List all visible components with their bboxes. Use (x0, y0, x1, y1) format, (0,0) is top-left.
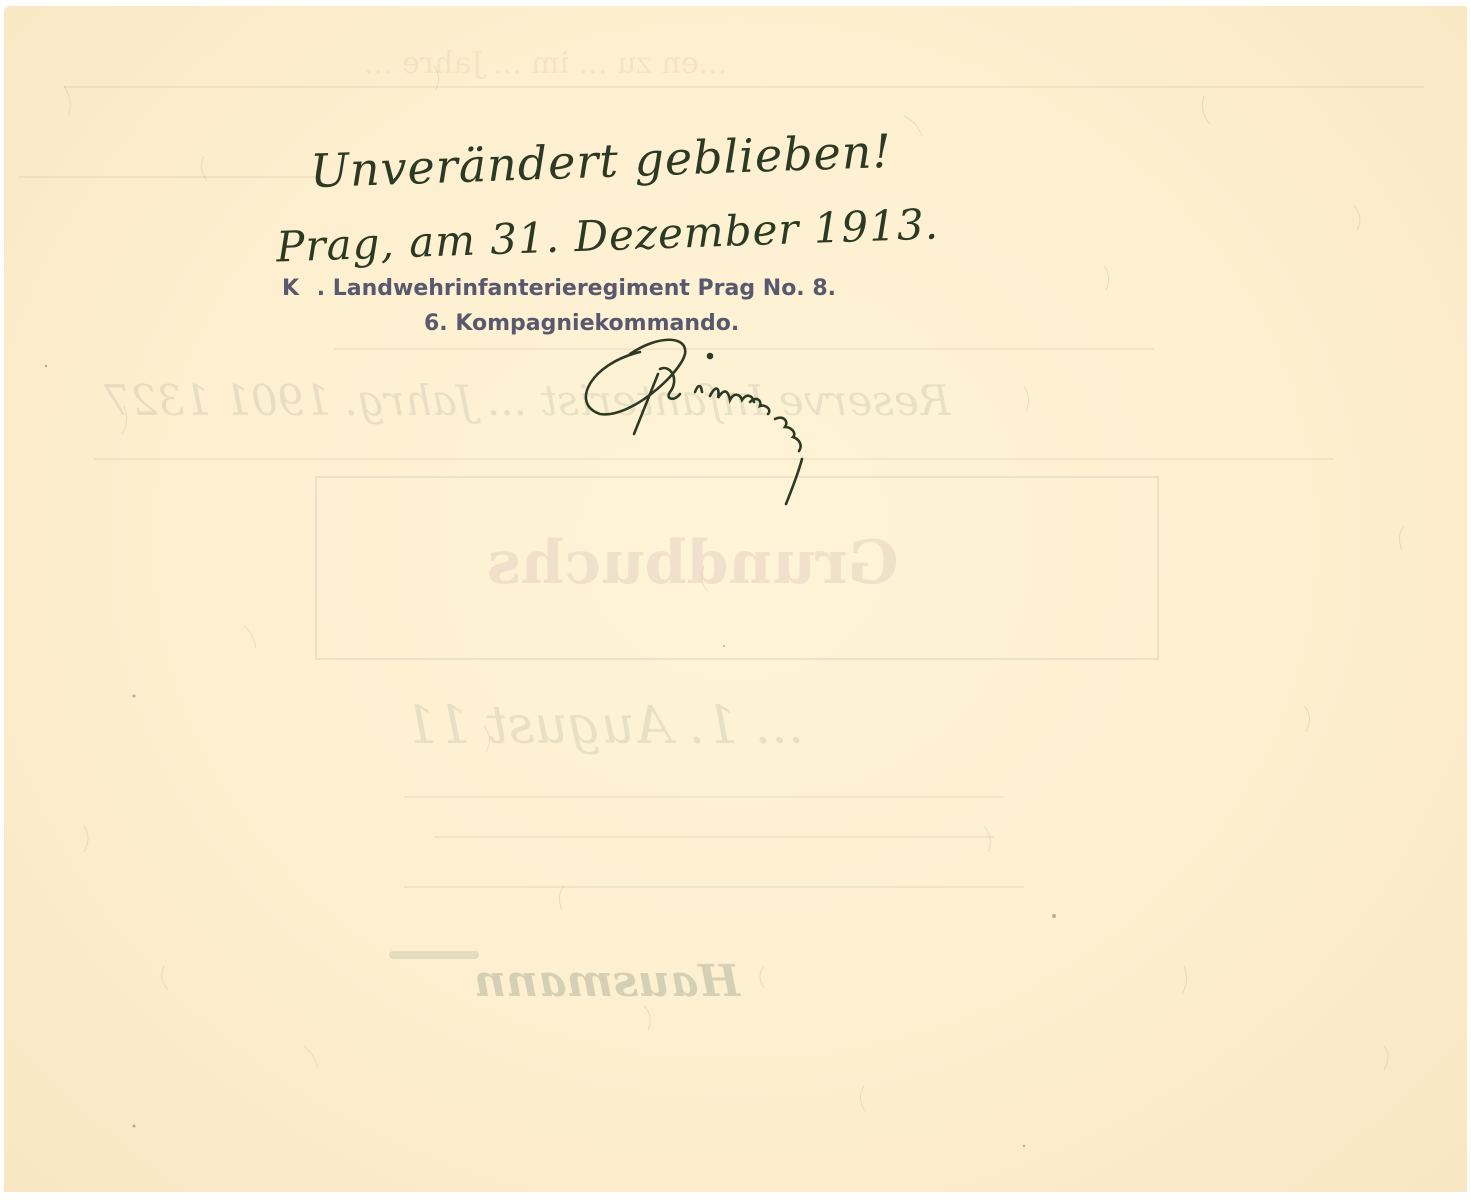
bleed-through-signature: Hausmann (474, 956, 740, 1007)
bleed-through-date-line: ... 1. August 11 (404, 696, 804, 756)
bleed-through-rule-top (64, 86, 1424, 88)
bleed-through-rule-7 (404, 886, 1024, 888)
stamp-regiment-text: . Landwehrinfanterieregiment Prag No. 8. (317, 276, 836, 301)
stamp-letter-k: K (282, 276, 299, 301)
annotation-unchanged: Unverändert geblieben! (309, 124, 892, 198)
bleed-through-box-title: Grundbuchs (487, 528, 899, 598)
bleed-through-header-text: ...en zu ... im ... Jahre ... (364, 46, 727, 81)
bleed-through-dash (389, 951, 479, 959)
bleed-through-rule-6 (434, 836, 994, 838)
document-page: ...en zu ... im ... Jahre ... Reserve In… (4, 6, 1467, 1192)
annotation-place-date: Prag, am 31. Dezember 1913. (275, 199, 939, 271)
bleed-through-rule-5 (404, 796, 1004, 798)
stamp-regiment-line: K . Landwehrinfanterieregiment Prag No. … (282, 276, 836, 301)
bleed-through-rule-2 (19, 176, 319, 178)
signature-icon (570, 324, 850, 514)
